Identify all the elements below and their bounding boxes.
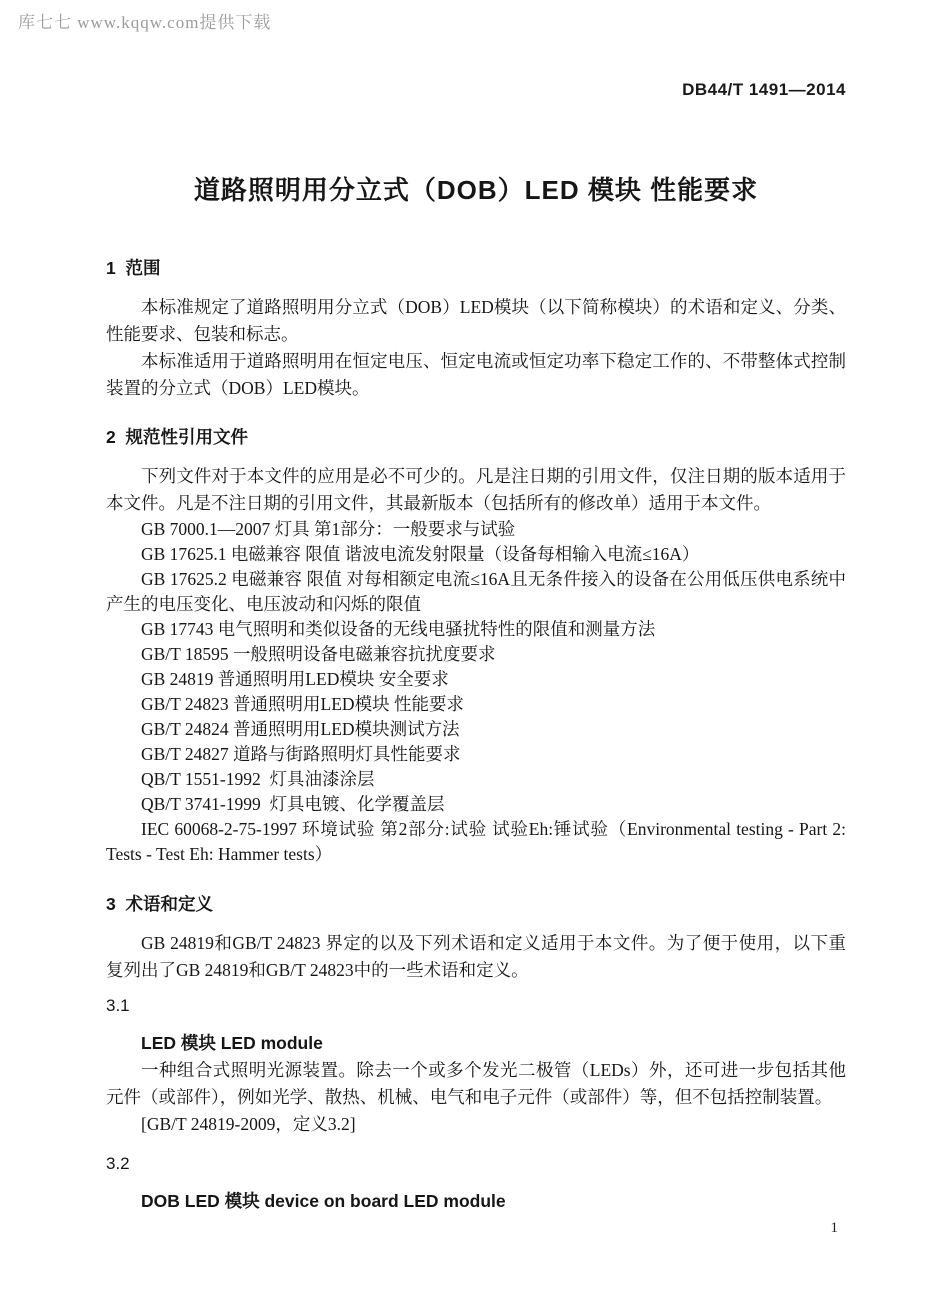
term-number: 3.1: [106, 996, 846, 1016]
reference-item: QB/T 1551-1992 灯具油漆涂层: [106, 767, 846, 792]
scope-paragraph: 本标准规定了道路照明用分立式（DOB）LED模块（以下简称模块）的术语和定义、分…: [106, 294, 846, 348]
reference-item: GB 7000.1—2007 灯具 第1部分：一般要求与试验: [106, 517, 846, 542]
document-title: 道路照明用分立式（DOB）LED 模块 性能要求: [106, 170, 846, 207]
document-page: 库七七 www.kqqw.com提供下载 DB44/T 1491—2014 道路…: [0, 0, 950, 1313]
page-number: 1: [831, 1220, 839, 1237]
section-heading-scope: 1 范围: [106, 255, 846, 280]
watermark-text: 库七七 www.kqqw.com提供下载: [18, 8, 271, 33]
reference-item: GB/T 24827 道路与街路照明灯具性能要求: [106, 742, 846, 767]
reference-item: QB/T 3741-1999 灯具电镀、化学覆盖层: [106, 792, 846, 817]
scope-paragraph: 本标准适用于道路照明用在恒定电压、恒定电流或恒定功率下稳定工作的、不带整体式控制…: [106, 348, 846, 402]
section-heading-normative-references: 2 规范性引用文件: [106, 424, 846, 449]
reference-item: GB 17625.1 电磁兼容 限值 谐波电流发射限量（设备每相输入电流≤16A…: [106, 542, 846, 567]
standard-number: DB44/T 1491—2014: [682, 80, 846, 100]
terms-intro: GB 24819和GB/T 24823 界定的以及下列术语和定义适用于本文件。为…: [106, 930, 846, 984]
reference-item: GB 17625.2 电磁兼容 限值 对每相额定电流≤16A且无条件接入的设备在…: [106, 567, 846, 617]
normative-references-intro: 下列文件对于本文件的应用是必不可少的。凡是注日期的引用文件，仅注日期的版本适用于…: [106, 463, 846, 517]
term-number: 3.2: [106, 1154, 846, 1174]
section-heading-terms: 3 术语和定义: [106, 891, 846, 916]
term-name: LED 模块 LED module: [106, 1030, 846, 1055]
term-name: DOB LED 模块 device on board LED module: [106, 1188, 846, 1213]
term-source: [GB/T 24819-2009，定义3.2]: [106, 1111, 846, 1138]
reference-item: GB/T 18595 一般照明设备电磁兼容抗扰度要求: [106, 642, 846, 667]
reference-item: GB 17743 电气照明和类似设备的无线电骚扰特性的限值和测量方法: [106, 617, 846, 642]
reference-item: GB 24819 普通照明用LED模块 安全要求: [106, 667, 846, 692]
reference-item: IEC 60068-2-75-1997 环境试验 第2部分:试验 试验Eh:锤试…: [106, 817, 846, 867]
reference-item: GB/T 24824 普通照明用LED模块测试方法: [106, 717, 846, 742]
reference-item: GB/T 24823 普通照明用LED模块 性能要求: [106, 692, 846, 717]
term-definition: 一种组合式照明光源装置。除去一个或多个发光二极管（LEDs）外，还可进一步包括其…: [106, 1057, 846, 1111]
document-body: 道路照明用分立式（DOB）LED 模块 性能要求 1 范围 本标准规定了道路照明…: [106, 170, 846, 1215]
